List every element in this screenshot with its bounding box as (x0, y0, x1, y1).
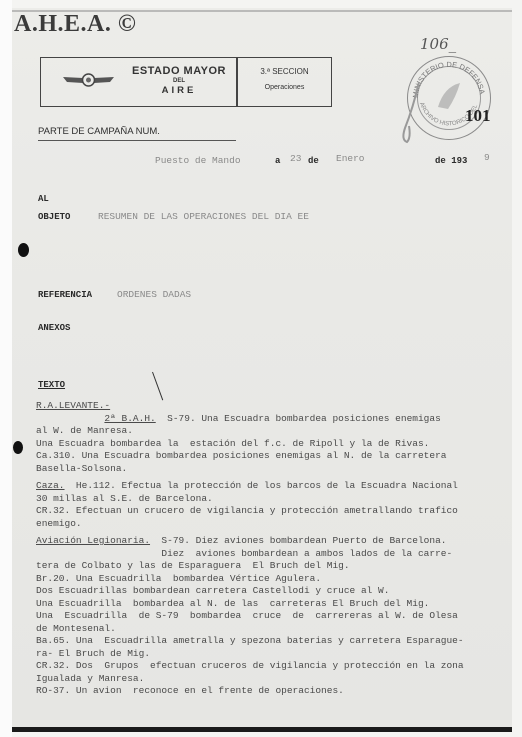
handwritten-number: 106_ (420, 35, 456, 53)
letterhead-box: ESTADO MAYOR DEL AIRE 3.ª SECCION Operac… (40, 57, 332, 107)
date-day: 23 (290, 153, 301, 164)
report-body: R.A.LEVANTE.- 2ª B.A.H. S-79. Una Escuad… (36, 400, 464, 698)
referencia-value: ORDENES DADAS (117, 289, 191, 300)
air-force-wings-icon (61, 73, 116, 87)
org-line-3: AIRE (129, 85, 229, 96)
ink-blot (18, 243, 29, 257)
body-line: 2ª B.A.H. S-79. Una Escuadra bombardea p… (36, 413, 464, 426)
pen-mark-icon (395, 78, 425, 148)
body-line: de Montesenal. (36, 623, 464, 636)
line-text: S-79. Diez aviones bombardean Puerto de … (150, 535, 446, 546)
body-line: CR.32. Dos Grupos efectuan cruceros de v… (36, 660, 464, 673)
section-heading: R.A.LEVANTE.- (36, 400, 464, 413)
body-line: RO-37. Un avion reconoce en el frente de… (36, 685, 464, 698)
body-line: Diez aviones bombardean a ambos lados de… (36, 548, 464, 561)
place-label: Puesto de Mando (155, 155, 241, 166)
body-line: tera de Colbato y las de Esparaguera El … (36, 560, 464, 573)
body-line: Basella-Solsona. (36, 463, 464, 476)
bottom-border (12, 727, 512, 732)
body-line: Br.20. Una Escuadrilla bombardea Vértice… (36, 573, 464, 586)
date-de: de (308, 156, 319, 166)
body-line: Una Escuadrilla de S-79 bombardea cruce … (36, 610, 464, 623)
org-line-1: ESTADO MAYOR (129, 65, 229, 77)
body-line: 30 millas al S.E. de Barcelona. (36, 493, 464, 506)
body-line: Una Escuadrilla bombardea al N. de las c… (36, 598, 464, 611)
unit-heading: Aviación Legionaria. (36, 535, 150, 546)
parte-underline (38, 140, 236, 141)
body-line: enemigo. (36, 518, 464, 531)
archive-mark: A.H.E.A. © (14, 11, 136, 38)
scan-margin (0, 0, 12, 737)
body-line: Una Escuadra bombardea la estación del f… (36, 438, 464, 451)
referencia-label: REFERENCIA (38, 290, 92, 300)
unit-heading: 2ª B.A.H. (104, 413, 155, 424)
body-line: Dos Escuadrillas bombardean carretera Ca… (36, 585, 464, 598)
stamp-number: 101 (465, 106, 491, 126)
section-line-2: Operaciones (238, 84, 331, 91)
texto-label: TEXTO (38, 380, 65, 390)
date-month: Enero (336, 153, 365, 164)
section-name: 3.ª SECCION Operaciones (238, 67, 331, 91)
al-label: AL (38, 194, 49, 204)
line-text: S-79. Una Escuadra bombardea posiciones … (156, 413, 441, 424)
objeto-value: RESUMEN DE LAS OPERACIONES DEL DIA EE (98, 211, 309, 222)
ink-blot (13, 441, 23, 454)
parte-label: PARTE DE CAMPAÑA NUM. (38, 126, 160, 137)
unit-heading: Caza. (36, 480, 65, 491)
date-a: a (275, 156, 280, 166)
body-line: ra- El Bruch de Mig. (36, 648, 464, 661)
objeto-label: OBJETO (38, 212, 70, 222)
date-year-label: de 193 (435, 156, 467, 166)
anexos-label: ANEXOS (38, 323, 70, 333)
line-text: He.112. Efectua la protección de los bar… (65, 480, 458, 491)
body-line: Igualada y Manresa. (36, 673, 464, 686)
indent (36, 413, 104, 424)
section-line-1: 3.ª SECCION (238, 67, 331, 76)
body-line: CR.32. Efectuan un crucero de vigilancia… (36, 505, 464, 518)
org-line-2: DEL (129, 78, 229, 84)
body-line: al W. de Manresa. (36, 425, 464, 438)
date-year-digit: 9 (484, 152, 490, 163)
body-line: Aviación Legionaria. S-79. Diez aviones … (36, 535, 464, 548)
org-name: ESTADO MAYOR DEL AIRE (129, 65, 229, 96)
body-line: Caza. He.112. Efectua la protección de l… (36, 480, 464, 493)
body-line: Ca.310. Una Escuadra bombardea posicione… (36, 450, 464, 463)
body-line: Ba.65. Una Escuadrilla ametralla y spezo… (36, 635, 464, 648)
